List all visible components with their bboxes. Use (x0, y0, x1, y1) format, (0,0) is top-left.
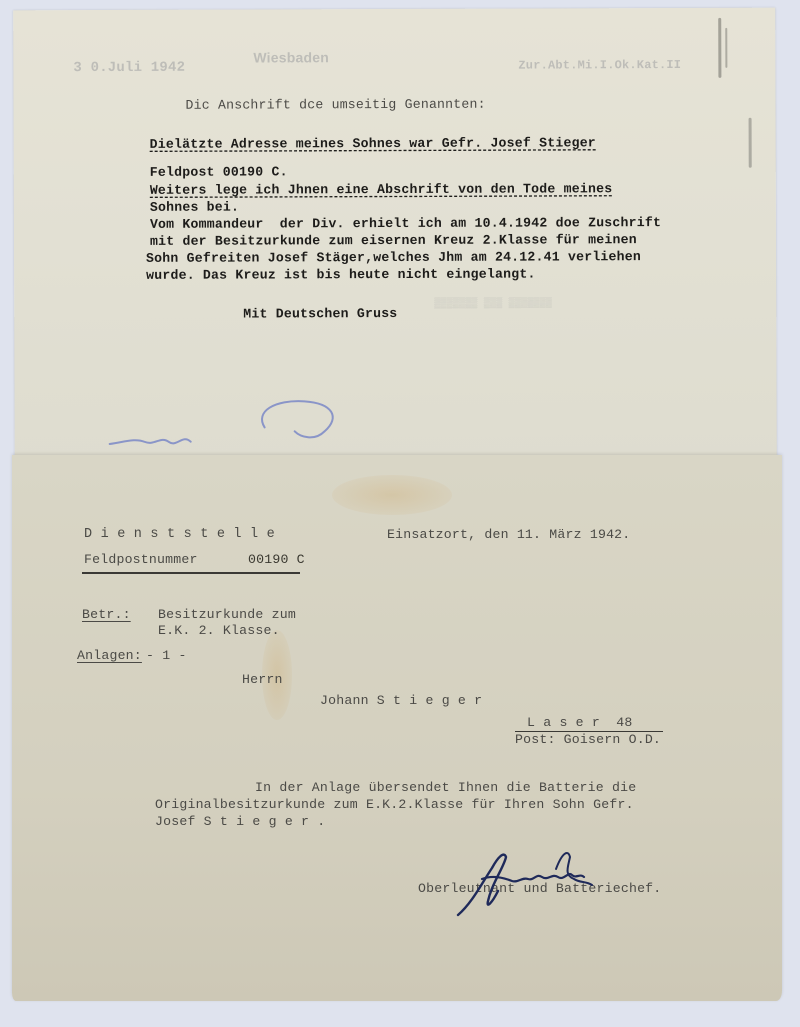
subject-line-1: Besitzurkunde zum (158, 607, 296, 622)
lower-letter-sheet: D i e n s t s t e l l e Feldpostnummer 0… (12, 455, 782, 1001)
upper-line-7: Sohn Gefreiten Josef Stäger,welches Jhm … (146, 249, 641, 266)
body-line-1: In der Anlage übersendet Ihnen die Batte… (255, 780, 636, 795)
upper-line-1: Dielätzte Adresse meines Sohnes war Gefr… (150, 135, 596, 152)
upper-line-4: Sohnes bei. (150, 200, 239, 215)
upper-line-6: mit der Besitzurkunde zum eisernen Kreuz… (150, 232, 637, 249)
bleed-stamp-date: 3 0.Juli 1942 (73, 60, 185, 76)
recipient-street: L a s e r 48 (527, 715, 632, 730)
bleed-text-right: ▒▒▒▒▒▒▒ ▒▒▒ ▒▒▒▒▒▒▒ (434, 298, 552, 309)
upper-line-5: Vom Kommandeur der Div. erhielt ich am 1… (150, 215, 661, 232)
salutation: Herrn (242, 672, 283, 687)
recipient-name: Johann S t i e g e r (320, 693, 482, 708)
ink-damage-mark (749, 118, 752, 168)
bleed-stamp-center: Wiesbaden (253, 49, 329, 65)
upper-letter-sheet: 3 0.Juli 1942 Wiesbaden Zur.Abt.Mi.I.Ok.… (13, 8, 777, 481)
body-line-3: Josef S t i e g e r . (155, 814, 325, 829)
bleed-stamp-right: Zur.Abt.Mi.I.Ok.Kat.II (518, 58, 681, 73)
ink-signature-icon (452, 843, 602, 923)
upper-line-3: Weiters lege ich Jhnen eine Abschrift vo… (150, 181, 613, 198)
body-line-2: Originalbesitzurkunde zum E.K.2.Klasse f… (155, 797, 634, 812)
upper-line-2: Feldpost 00190 C. (150, 164, 288, 179)
recipient-post: Post: Goisern O.D. (515, 732, 661, 747)
place-date: Einsatzort, den 11. März 1942. (387, 527, 630, 542)
feldpost-label: Feldpostnummer (84, 552, 198, 567)
ink-damage-mark (725, 28, 727, 68)
pencil-signature-icon (105, 391, 345, 452)
paper-stain (332, 475, 452, 515)
upper-line-8: wurde. Das Kreuz ist bis heute nicht ein… (146, 267, 536, 283)
upper-heading: Dic Anschrift dce umseitig Genannten: (185, 97, 485, 113)
subject-label: Betr.: (82, 607, 131, 622)
subject-line-2: E.K. 2. Klasse. (158, 623, 280, 638)
upper-closing: Mit Deutschen Gruss (243, 306, 397, 322)
enclosures-label: Anlagen: (77, 648, 142, 663)
header-divider (82, 572, 300, 574)
enclosures-value: - 1 - (146, 648, 187, 663)
office-label: D i e n s t s t e l l e (84, 527, 275, 542)
feldpost-number: 00190 C (248, 552, 305, 567)
ink-damage-mark (718, 18, 721, 78)
